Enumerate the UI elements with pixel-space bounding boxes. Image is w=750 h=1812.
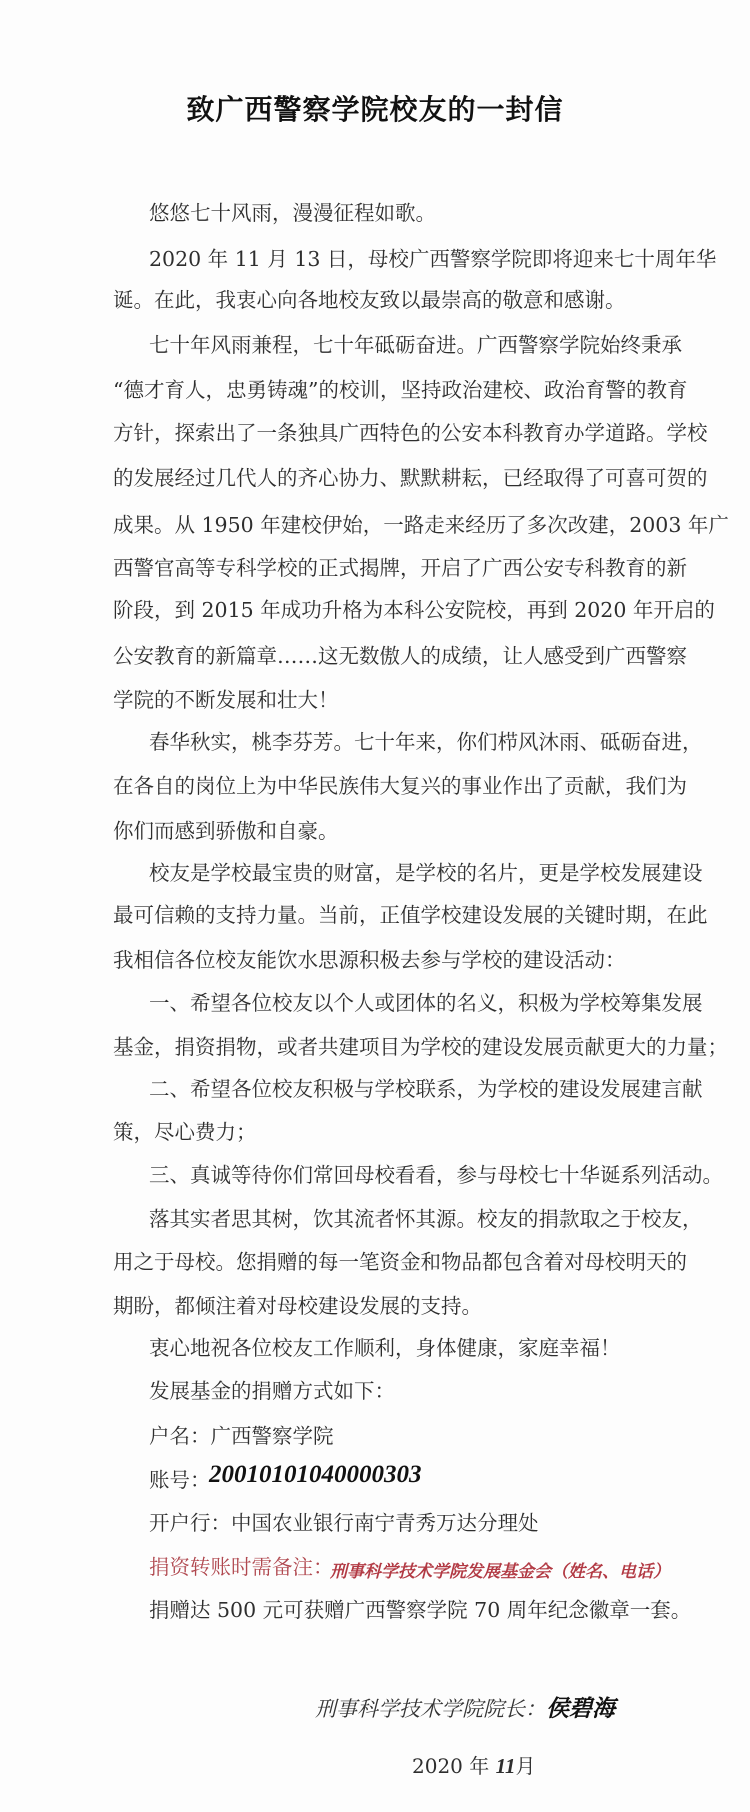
paragraph-line: 公安教育的新篇章……这无数傲人的成绩，让人感受到广西警察 <box>113 643 687 669</box>
account-number-label: 账号： <box>149 1467 211 1493</box>
bank-label: 开户行： <box>149 1511 231 1535</box>
paragraph-line: 基金，捐资捐物，或者共建项目为学校的建设发展贡献更大的力量； <box>113 1034 728 1060</box>
bank-row: 开户行：中国农业银行南宁青秀万达分理处 <box>149 1510 539 1536</box>
signature-name: 侯碧海 <box>546 1695 615 1722</box>
paragraph-line: 西警官高等专科学校的正式揭牌，开启了广西公安专科教育的新 <box>113 555 687 581</box>
account-name-label: 户名： <box>149 1424 211 1448</box>
paragraph-line: 衷心地祝各位校友工作顺利，身体健康，家庭幸福！ <box>149 1335 621 1361</box>
letter-date: 2020 年 11月 <box>412 1750 535 1779</box>
signature: 刑事科学技术学院院长：侯碧海 <box>315 1690 615 1723</box>
paragraph-line: “德才育人，忠勇铸魂”的校训，坚持政治建校、政治育警的教育 <box>113 377 687 403</box>
bank-value: 中国农业银行南宁青秀万达分理处 <box>231 1511 539 1535</box>
paragraph-line: 校友是学校最宝贵的财富，是学校的名片，更是学校发展建设 <box>149 860 703 886</box>
paragraph-line: 三、真诚等待你们常回母校看看，参与母校七十华诞系列活动。 <box>149 1162 723 1188</box>
date-month-number: 11 <box>496 1754 516 1778</box>
letter-title: 致广西警察学院校友的一封信 <box>0 88 750 128</box>
paragraph-line: 发展基金的捐赠方式如下： <box>149 1378 395 1404</box>
paragraph-line: 方针，探索出了一条独具广西特色的公安本科教育办学道路。学校 <box>113 420 708 446</box>
paragraph-line: 在各自的岗位上为中华民族伟大复兴的事业作出了贡献，我们为 <box>113 773 687 799</box>
paragraph-line: 期盼，都倾注着对母校建设发展的支持。 <box>113 1293 482 1319</box>
date-year: 2020 年 <box>412 1754 496 1778</box>
signature-role: 刑事科学技术学院院长： <box>315 1697 546 1721</box>
paragraph-line: 2020 年 11 月 13 日，母校广西警察学院即将迎来七十周年华 <box>149 246 716 272</box>
paragraph-line: 我相信各位校友能饮水思源积极去参与学校的建设活动： <box>113 947 626 973</box>
remark-value: 刑事科学技术学院发展基金会（姓名、电话） <box>330 1557 670 1582</box>
paragraph-line: 用之于母校。您捐赠的每一笔资金和物品都包含着对母校明天的 <box>113 1249 687 1275</box>
paragraph-line: 落其实者思其树，饮其流者怀其源。校友的捐款取之于校友， <box>149 1206 703 1232</box>
paragraph-line: 一、希望各位校友以个人或团体的名义，积极为学校筹集发展 <box>149 990 703 1016</box>
paragraph-line: 最可信赖的支持力量。当前，正值学校建设发展的关键时期，在此 <box>113 902 708 928</box>
paragraph-line: 的发展经过几代人的齐心协力、默默耕耘，已经取得了可喜可贺的 <box>113 465 708 491</box>
paragraph-line: 你们而感到骄傲和自豪。 <box>113 818 339 844</box>
paragraph-line: 七十年风雨兼程，七十年砥砺奋进。广西警察学院始终秉承 <box>149 332 682 358</box>
account-number-value: 20010101040000303 <box>209 1461 422 1489</box>
date-month-suffix: 月 <box>515 1754 535 1778</box>
paragraph-line: 春华秋实，桃李芬芳。七十年来，你们栉风沐雨、砥砺奋进， <box>149 729 703 755</box>
remark-label: 捐资转账时需备注： <box>149 1554 334 1580</box>
paragraph-line: 成果。从 1950 年建校伊始，一路走来经历了多次改建，2003 年广 <box>113 512 729 538</box>
gift-note: 捐赠达 500 元可获赠广西警察学院 70 周年纪念徽章一套。 <box>149 1597 691 1623</box>
paragraph-line: 学院的不断发展和壮大！ <box>113 687 339 713</box>
paragraph-line: 二、希望各位校友积极与学校联系，为学校的建设发展建言献 <box>149 1076 703 1102</box>
account-name-row: 户名：广西警察学院 <box>149 1423 334 1449</box>
paragraph-line: 诞。在此，我衷心向各地校友致以最崇高的敬意和感谢。 <box>113 287 626 313</box>
paragraph-line: 策，尽心费力； <box>113 1119 257 1145</box>
paragraph-line: 阶段，到 2015 年成功升格为本科公安院校，再到 2020 年开启的 <box>113 597 715 623</box>
paragraph-line: 悠悠七十风雨，漫漫征程如歌。 <box>149 200 436 226</box>
account-name-value: 广西警察学院 <box>211 1424 334 1448</box>
